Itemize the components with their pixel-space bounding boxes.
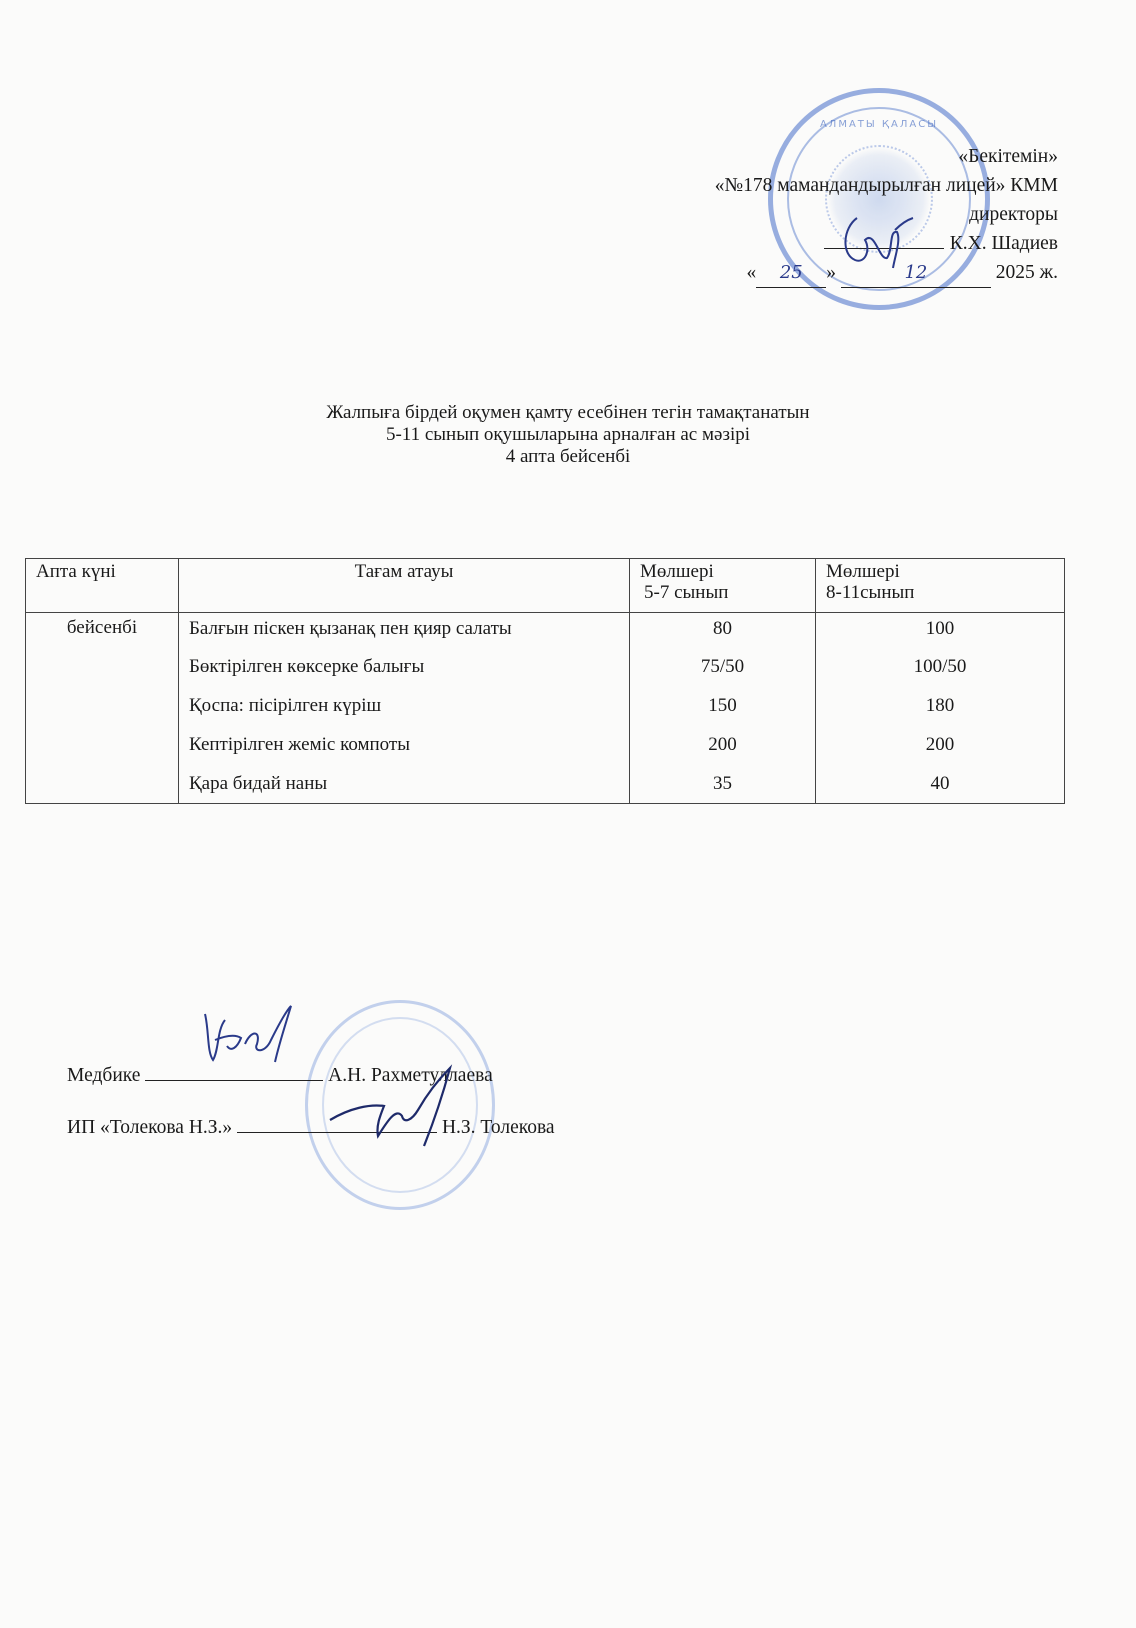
nurse-signature-line: Медбике А.Н. Рахметуллаева <box>67 1050 555 1102</box>
qty-8-11-item: 100 <box>816 613 1064 647</box>
qty-5-7-item: 75/50 <box>630 647 815 686</box>
provider-signature-icon <box>320 1060 470 1150</box>
header-qty-5-7: Мөлшері 5-7 сынып <box>630 559 816 613</box>
dish-item: Қара бидай наны <box>179 764 629 803</box>
header-day: Апта күні <box>26 559 179 613</box>
header-qty-8-11-grade: 8-11сынып <box>826 582 1054 603</box>
qty-5-7-item: 80 <box>630 613 815 647</box>
qty-8-11-item: 40 <box>816 764 1064 803</box>
dish-item: Балғын піскен қызанақ пен қияр салаты <box>179 613 629 647</box>
nurse-label: Медбике <box>67 1065 140 1086</box>
director-signature-icon <box>835 210 915 272</box>
menu-table: Апта күні Тағам атауы Мөлшері 5-7 сынып … <box>25 558 1065 804</box>
header-dish: Тағам атауы <box>179 559 630 613</box>
date-day: 25 <box>756 258 826 288</box>
dish-item: Бөктірілген көксерке балығы <box>179 647 629 686</box>
title-line-2: 5-11 сынып оқушыларына арналған ас мәзір… <box>0 424 1136 446</box>
qty-5-7-item: 200 <box>630 725 815 764</box>
cell-day: бейсенбі <box>26 613 179 804</box>
director-name: К.Х. Шадиев <box>950 233 1058 254</box>
cell-qty-8-11: 100 100/50 180 200 40 <box>816 613 1065 804</box>
table-body-row: бейсенбі Балғын піскен қызанақ пен қияр … <box>26 613 1065 804</box>
title-line-1: Жалпыға бірдей оқумен қамту есебінен тег… <box>0 402 1136 424</box>
document-page: АЛМАТЫ ҚАЛАСЫ «Бекітемін» «№178 мамандан… <box>0 0 1136 1628</box>
header-qty-5-7-title: Мөлшері <box>640 561 805 582</box>
date-year: 2025 ж. <box>996 262 1058 283</box>
title-line-3: 4 апта бейсенбі <box>0 446 1136 468</box>
qty-5-7-item: 35 <box>630 764 815 803</box>
header-qty-8-11-title: Мөлшері <box>826 561 1054 582</box>
header-qty-8-11: Мөлшері 8-11сынып <box>816 559 1065 613</box>
header-qty-5-7-grade: 5-7 сынып <box>640 582 805 603</box>
qty-5-7-item: 150 <box>630 686 815 725</box>
approval-heading: «Бекітемін» <box>715 142 1058 171</box>
provider-signature-line: ИП «Толекова Н.З.» Н.З. Толекова <box>67 1102 555 1154</box>
table-header-row: Апта күні Тағам атауы Мөлшері 5-7 сынып … <box>26 559 1065 613</box>
dish-item: Қоспа: пісірілген күріш <box>179 686 629 725</box>
cell-dishes: Балғын піскен қызанақ пен қияр салаты Бө… <box>179 613 630 804</box>
cell-qty-5-7: 80 75/50 150 200 35 <box>630 613 816 804</box>
qty-8-11-item: 200 <box>816 725 1064 764</box>
approval-organization: «№178 мамандандырылған лицей» КММ <box>715 171 1058 200</box>
date-day-value: 25 <box>780 262 803 283</box>
nurse-signature-icon <box>195 1000 305 1070</box>
menu-title: Жалпыға бірдей оқумен қамту есебінен тег… <box>0 402 1136 468</box>
date-open-quote: « <box>747 262 757 283</box>
signature-block: Медбике А.Н. Рахметуллаева ИП «Толекова … <box>67 1050 555 1154</box>
qty-8-11-item: 100/50 <box>816 647 1064 686</box>
provider-label: ИП «Толекова Н.З.» <box>67 1117 232 1138</box>
qty-8-11-item: 180 <box>816 686 1064 725</box>
dish-item: Кептірілген жеміс компоты <box>179 725 629 764</box>
stamp-text: АЛМАТЫ ҚАЛАСЫ <box>773 119 985 130</box>
